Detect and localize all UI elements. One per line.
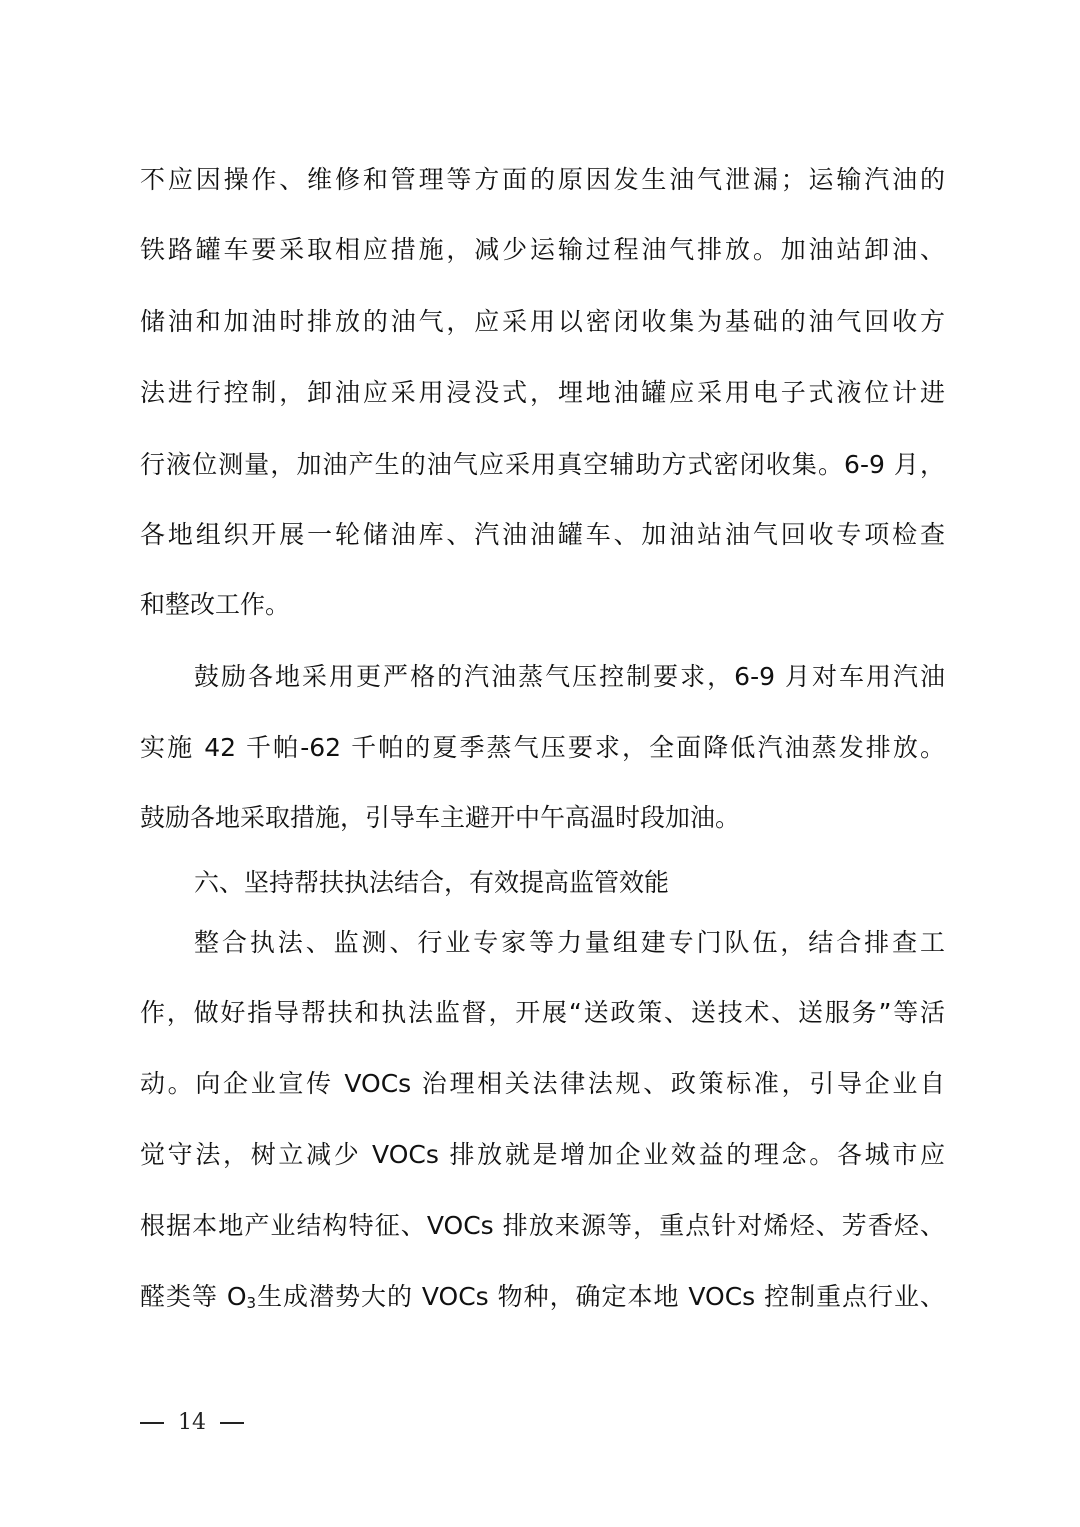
text-line: 储油和加油时排放的油气，应采用以密闭收集为基础的油气回收方 <box>140 305 945 339</box>
text-line: 鼓励各地采取措施，引导车主避开中午高温时段加油。 <box>140 801 945 835</box>
text-line: 实施 42 千帕-62 千帕的夏季蒸气压要求，全面降低汽油蒸发排放。 <box>140 731 945 765</box>
text-line: 醛类等 O3生成潜势大的 VOCs 物种，确定本地 VOCs 控制重点行业、 <box>140 1280 945 1314</box>
text-line: 鼓励各地采用更严格的汽油蒸气压控制要求，6-9 月对车用汽油 <box>194 660 945 694</box>
document-page: 不应因操作、维修和管理等方面的原因发生油气泄漏；运输汽油的 铁路罐车要采取相应措… <box>0 0 1080 1527</box>
text-line: 和整改工作。 <box>140 588 945 622</box>
page-number: 14 <box>178 1410 206 1435</box>
subscript: 3 <box>247 1294 257 1312</box>
text-line: 动。向企业宣传 VOCs 治理相关法律法规、政策标准，引导企业自 <box>140 1067 945 1101</box>
text-segment: 生成潜势大的 VOCs 物种，确定本地 VOCs 控制重点行业、 <box>256 1282 945 1311</box>
text-line: 铁路罐车要采取相应措施，减少运输过程油气排放。加油站卸油、 <box>140 233 945 267</box>
section-heading: 六、坚持帮扶执法结合，有效提高监管效能 <box>194 866 669 900</box>
text-line: 整合执法、监测、行业专家等力量组建专门队伍，结合排查工 <box>194 926 945 960</box>
text-line: 根据本地产业结构特征、VOCs 排放来源等，重点针对烯烃、芳香烃、 <box>140 1209 945 1243</box>
text-line: 作，做好指导帮扶和执法监督，开展“送政策、送技术、送服务”等活 <box>140 996 945 1030</box>
dash-decoration <box>140 1422 164 1424</box>
page-footer: 14 <box>140 1410 244 1435</box>
text-line: 行液位测量，加油产生的油气应采用真空辅助方式密闭收集。6-9 月， <box>140 448 945 482</box>
text-line: 法进行控制，卸油应采用浸没式，埋地油罐应采用电子式液位计进 <box>140 376 945 410</box>
text-line: 不应因操作、维修和管理等方面的原因发生油气泄漏；运输汽油的 <box>140 163 945 197</box>
text-line: 各地组织开展一轮储油库、汽油油罐车、加油站油气回收专项检查 <box>140 518 945 552</box>
dash-decoration <box>220 1422 244 1424</box>
text-line: 觉守法，树立减少 VOCs 排放就是增加企业效益的理念。各城市应 <box>140 1138 945 1172</box>
text-segment: 醛类等 O <box>140 1282 247 1311</box>
